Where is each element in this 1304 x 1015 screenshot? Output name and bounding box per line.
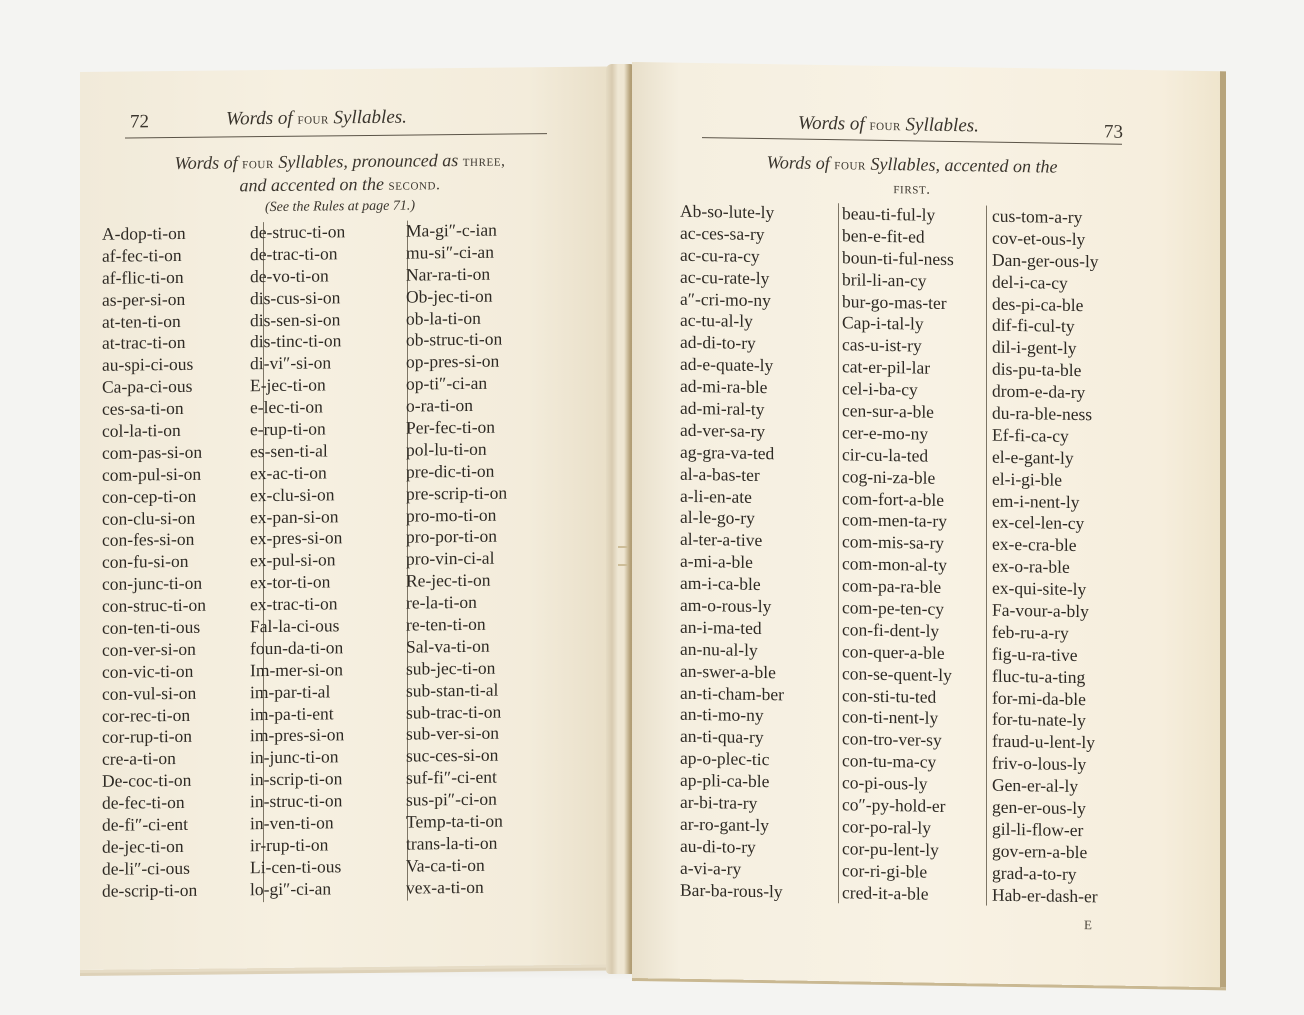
word-entry: de-vo-ti-on bbox=[250, 265, 345, 288]
left-running-head: Words of four Syllables. bbox=[226, 107, 407, 131]
word-entry: al-le-go-ry bbox=[680, 507, 784, 531]
word-entry: op-ti″-ci-an bbox=[406, 373, 507, 396]
right-word-column-1: Ab-so-lute-lyac-ces-sa-ryac-cu-ra-cyac-c… bbox=[680, 201, 784, 903]
word-entry: cog-ni-za-ble bbox=[842, 466, 954, 490]
word-entry: con-vul-si-on bbox=[102, 682, 206, 705]
word-entry: in-ven-ti-on bbox=[250, 812, 345, 835]
word-entry: dil-i-gent-ly bbox=[992, 337, 1099, 361]
word-entry: af-flic-ti-on bbox=[102, 266, 206, 289]
word-entry: de-li″-ci-ous bbox=[102, 858, 206, 881]
word-entry: ex-pul-si-on bbox=[250, 550, 345, 573]
word-entry: Per-fec-ti-on bbox=[406, 417, 507, 440]
word-entry: o-ra-ti-on bbox=[406, 395, 507, 418]
word-entry: ap-pli-ca-ble bbox=[680, 770, 784, 794]
word-entry: cus-tom-a-ry bbox=[992, 206, 1099, 230]
word-entry: con-sti-tu-ted bbox=[842, 685, 954, 709]
word-entry: cer-e-mo-ny bbox=[842, 422, 954, 446]
word-entry: Cap-i-tal-ly bbox=[842, 313, 954, 337]
word-entry: cov-et-ous-ly bbox=[992, 228, 1099, 252]
word-entry: at-ten-ti-on bbox=[102, 310, 206, 333]
word-entry: ap-o-plec-tic bbox=[680, 748, 784, 772]
word-entry: co″-py-hold-er bbox=[842, 794, 954, 818]
word-entry: ad-e-quate-ly bbox=[680, 354, 784, 378]
word-entry: con-quer-a-ble bbox=[842, 641, 954, 665]
word-entry: dif-fi-cul-ty bbox=[992, 315, 1099, 339]
word-entry: an-ti-cham-ber bbox=[680, 682, 784, 706]
word-entry: Re-jec-ti-on bbox=[406, 570, 507, 593]
word-entry: de-struc-ti-on bbox=[250, 221, 345, 244]
word-entry: cor-pu-lent-ly bbox=[842, 838, 954, 862]
word-entry: gov-ern-a-ble bbox=[992, 840, 1099, 864]
word-entry: ad-mi-ra-ble bbox=[680, 376, 784, 400]
word-entry: com-fort-a-ble bbox=[842, 488, 954, 512]
word-entry: con-fu-si-on bbox=[102, 551, 206, 574]
word-entry: con-vic-ti-on bbox=[102, 660, 206, 683]
left-word-column-3: Ma-gi″-c-ianmu-si″-ci-anNar-ra-ti-onOb-j… bbox=[406, 220, 507, 900]
word-entry: au-di-to-ry bbox=[680, 836, 784, 860]
word-entry: friv-o-lous-ly bbox=[992, 753, 1099, 777]
word-entry: im-pres-si-on bbox=[250, 725, 345, 748]
spine-stitch bbox=[618, 564, 628, 566]
word-entry: ir-rup-ti-on bbox=[250, 834, 345, 857]
word-entry: cor-ri-gi-ble bbox=[842, 860, 954, 884]
word-entry: for-tu-nate-ly bbox=[992, 709, 1099, 733]
word-entry: con-clu-si-on bbox=[102, 507, 206, 530]
word-entry: gen-er-ous-ly bbox=[992, 797, 1099, 821]
header-rule bbox=[702, 137, 1122, 145]
word-entry: con-ten-ti-ous bbox=[102, 617, 206, 640]
word-entry: des-pi-ca-ble bbox=[992, 293, 1099, 317]
word-entry: ces-sa-ti-on bbox=[102, 398, 206, 421]
word-entry: De-coc-ti-on bbox=[102, 770, 206, 793]
word-entry: feb-ru-a-ry bbox=[992, 622, 1099, 646]
word-entry: cor-po-ral-ly bbox=[842, 816, 954, 840]
right-page-number: 73 bbox=[1104, 121, 1123, 143]
left-word-column-2: de-struc-ti-onde-trac-ti-onde-vo-ti-ondi… bbox=[250, 221, 345, 901]
word-entry: cred-it-a-ble bbox=[842, 882, 954, 906]
word-entry: sub-trac-ti-on bbox=[406, 701, 507, 724]
word-entry: cel-i-ba-cy bbox=[842, 378, 954, 402]
right-section-title: Words of four Syllables, accented on the… bbox=[692, 151, 1132, 204]
word-entry: im-pa-ti-ent bbox=[250, 703, 345, 726]
word-entry: a″-cri-mo-ny bbox=[680, 288, 784, 312]
word-entry: ex-qui-site-ly bbox=[992, 578, 1099, 602]
word-entry: sub-jec-ti-on bbox=[406, 657, 507, 680]
word-entry: ex-e-cra-ble bbox=[992, 534, 1099, 558]
word-entry: com-pas-si-on bbox=[102, 442, 206, 465]
word-entry: el-i-gi-ble bbox=[992, 468, 1099, 492]
word-entry: Ma-gi″-c-ian bbox=[406, 220, 507, 243]
rules-note: (See the Rules at page 71.) bbox=[120, 197, 560, 218]
word-entry: cen-sur-a-ble bbox=[842, 400, 954, 424]
word-entry: ex-ac-ti-on bbox=[250, 462, 345, 485]
word-entry: cas-u-ist-ry bbox=[842, 335, 954, 359]
word-entry: Temp-ta-ti-on bbox=[406, 811, 507, 834]
word-entry: de-fi″-ci-ent bbox=[102, 814, 206, 837]
word-entry: dis-cus-si-on bbox=[250, 287, 345, 310]
word-entry: Gen-er-al-ly bbox=[992, 775, 1099, 799]
word-entry: pol-lu-ti-on bbox=[406, 438, 507, 461]
word-entry: com-mis-sa-ry bbox=[842, 532, 954, 556]
word-entry: del-i-ca-cy bbox=[992, 271, 1099, 295]
right-word-column-3: cus-tom-a-rycov-et-ous-lyDan-ger-ous-lyd… bbox=[992, 206, 1099, 908]
word-entry: con-ti-nent-ly bbox=[842, 707, 954, 731]
word-entry: de-jec-ti-on bbox=[102, 836, 206, 859]
word-entry: ex-cel-len-cy bbox=[992, 512, 1099, 536]
word-entry: ac-cu-rate-ly bbox=[680, 266, 784, 290]
word-entry: e-rup-ti-on bbox=[250, 418, 345, 441]
word-entry: es-sen-ti-al bbox=[250, 440, 345, 463]
word-entry: cor-rec-ti-on bbox=[102, 704, 206, 727]
word-entry: Li-cen-ti-ous bbox=[250, 856, 345, 879]
word-entry: ex-o-ra-ble bbox=[992, 556, 1099, 580]
word-entry: Fa-vour-a-bly bbox=[992, 600, 1099, 624]
word-entry: an-swer-a-ble bbox=[680, 660, 784, 684]
word-entry: cir-cu-la-ted bbox=[842, 444, 954, 468]
word-entry: in-struc-ti-on bbox=[250, 790, 345, 813]
word-entry: an-ti-qua-ry bbox=[680, 726, 784, 750]
word-entry: pre-dic-ti-on bbox=[406, 460, 507, 483]
word-entry: de-scrip-ti-on bbox=[102, 879, 206, 902]
word-entry: du-ra-ble-ness bbox=[992, 403, 1099, 427]
word-entry: fraud-u-lent-ly bbox=[992, 731, 1099, 755]
left-word-column-1: A-dop-ti-onaf-fec-ti-onaf-flic-ti-onas-p… bbox=[102, 223, 206, 903]
word-entry: com-pul-si-on bbox=[102, 463, 206, 486]
word-entry: Fal-la-ci-ous bbox=[250, 615, 345, 638]
word-entry: in-junc-ti-on bbox=[250, 747, 345, 770]
word-entry: Bar-ba-rous-ly bbox=[680, 879, 784, 903]
word-entry: ex-tor-ti-on bbox=[250, 571, 345, 594]
word-entry: suf-fi″-ci-ent bbox=[406, 767, 507, 790]
word-entry: con-struc-ti-on bbox=[102, 595, 206, 618]
word-entry: am-o-rous-ly bbox=[680, 595, 784, 619]
word-entry: Ob-jec-ti-on bbox=[406, 285, 507, 308]
word-entry: co-pi-ous-ly bbox=[842, 772, 954, 796]
word-entry: cre-a-ti-on bbox=[102, 748, 206, 771]
word-entry: lo-gi″-ci-an bbox=[250, 878, 345, 901]
word-entry: beau-ti-ful-ly bbox=[842, 203, 954, 227]
word-entry: Ca-pa-ci-ous bbox=[102, 376, 206, 399]
word-entry: gil-li-flow-er bbox=[992, 819, 1099, 843]
word-entry: ob-la-ti-on bbox=[406, 307, 507, 330]
word-entry: Hab-er-dash-er bbox=[992, 884, 1099, 908]
word-entry: ad-ver-sa-ry bbox=[680, 420, 784, 444]
word-entry: Ab-so-lute-ly bbox=[680, 201, 784, 225]
word-entry: sub-ver-si-on bbox=[406, 723, 507, 746]
word-entry: drom-e-da-ry bbox=[992, 381, 1099, 405]
word-entry: Va-ca-ti-on bbox=[406, 854, 507, 877]
word-entry: suc-ces-si-on bbox=[406, 745, 507, 768]
word-entry: vex-a-ti-on bbox=[406, 876, 507, 899]
word-entry: con-tro-ver-sy bbox=[842, 729, 954, 753]
word-entry: de-trac-ti-on bbox=[250, 243, 345, 266]
left-page: 72 Words of four Syllables. Words of fou… bbox=[80, 66, 608, 970]
word-entry: al-ter-a-tive bbox=[680, 529, 784, 553]
word-entry: A-dop-ti-on bbox=[102, 223, 206, 246]
word-entry: com-pa-ra-ble bbox=[842, 575, 954, 599]
word-entry: Dan-ger-ous-ly bbox=[992, 249, 1099, 273]
word-entry: el-e-gant-ly bbox=[992, 446, 1099, 470]
word-entry: af-fec-ti-on bbox=[102, 245, 206, 268]
word-entry: sub-stan-ti-al bbox=[406, 679, 507, 702]
word-entry: con-se-quent-ly bbox=[842, 663, 954, 687]
word-entry: pro-vin-ci-al bbox=[406, 548, 507, 571]
word-entry: at-trac-ti-on bbox=[102, 332, 206, 355]
word-entry: ar-ro-gant-ly bbox=[680, 814, 784, 838]
right-running-head: Words of four Syllables. bbox=[798, 113, 979, 138]
word-entry: ad-mi-ral-ty bbox=[680, 398, 784, 422]
word-entry: col-la-ti-on bbox=[102, 420, 206, 443]
word-entry: au-spi-ci-ous bbox=[102, 354, 206, 377]
word-entry: ob-struc-ti-on bbox=[406, 329, 507, 352]
word-entry: a-mi-a-ble bbox=[680, 551, 784, 575]
word-entry: fluc-tu-a-ting bbox=[992, 665, 1099, 689]
column-divider bbox=[838, 203, 839, 903]
word-entry: an-ti-mo-ny bbox=[680, 704, 784, 728]
right-page: Words of four Syllables. 73 Words of fou… bbox=[632, 62, 1226, 987]
word-entry: bur-go-mas-ter bbox=[842, 291, 954, 315]
word-entry: em-i-nent-ly bbox=[992, 490, 1099, 514]
left-page-number: 72 bbox=[130, 111, 149, 133]
word-entry: in-scrip-ti-on bbox=[250, 768, 345, 791]
word-entry: con-tu-ma-cy bbox=[842, 751, 954, 775]
word-entry: com-mon-al-ty bbox=[842, 554, 954, 578]
word-entry: dis-tinc-ti-on bbox=[250, 331, 345, 354]
word-entry: ex-pres-si-on bbox=[250, 528, 345, 551]
word-entry: dis-pu-ta-ble bbox=[992, 359, 1099, 383]
word-entry: Ef-fi-ca-cy bbox=[992, 425, 1099, 449]
word-entry: pre-scrip-ti-on bbox=[406, 482, 507, 505]
word-entry: im-par-ti-al bbox=[250, 681, 345, 704]
word-entry: Sal-va-ti-on bbox=[406, 635, 507, 658]
word-entry: ar-bi-tra-ry bbox=[680, 792, 784, 816]
word-entry: an-nu-al-ly bbox=[680, 639, 784, 663]
word-entry: re-ten-ti-on bbox=[406, 614, 507, 637]
word-entry: bril-li-an-cy bbox=[842, 269, 954, 293]
word-entry: foun-da-ti-on bbox=[250, 637, 345, 660]
signature-mark: E bbox=[1084, 917, 1092, 933]
word-entry: sus-pi″-ci-on bbox=[406, 789, 507, 812]
word-entry: trans-la-ti-on bbox=[406, 832, 507, 855]
word-entry: an-i-ma-ted bbox=[680, 617, 784, 641]
column-divider bbox=[986, 206, 987, 906]
word-entry: con-ver-si-on bbox=[102, 639, 206, 662]
word-entry: dis-sen-si-on bbox=[250, 309, 345, 332]
word-entry: pro-mo-ti-on bbox=[406, 504, 507, 527]
word-entry: boun-ti-ful-ness bbox=[842, 247, 954, 271]
word-entry: ac-cu-ra-cy bbox=[680, 245, 784, 269]
word-entry: am-i-ca-ble bbox=[680, 573, 784, 597]
word-entry: ben-e-fit-ed bbox=[842, 225, 954, 249]
word-entry: com-men-ta-ry bbox=[842, 510, 954, 534]
word-entry: for-mi-da-ble bbox=[992, 687, 1099, 711]
word-entry: pro-por-ti-on bbox=[406, 526, 507, 549]
word-entry: con-junc-ti-on bbox=[102, 573, 206, 596]
word-entry: ac-ces-sa-ry bbox=[680, 223, 784, 247]
word-entry: Nar-ra-ti-on bbox=[406, 263, 507, 286]
spine-stitch bbox=[618, 546, 628, 548]
word-entry: ag-gra-va-ted bbox=[680, 442, 784, 466]
word-entry: com-pe-ten-cy bbox=[842, 597, 954, 621]
right-word-column-2: beau-ti-ful-lyben-e-fit-edboun-ti-ful-ne… bbox=[842, 203, 954, 905]
word-entry: di-vi″-si-on bbox=[250, 353, 345, 376]
word-entry: con-fes-si-on bbox=[102, 529, 206, 552]
word-entry: E-jec-ti-on bbox=[250, 374, 345, 397]
word-entry: fig-u-ra-tive bbox=[992, 643, 1099, 667]
word-entry: as-per-si-on bbox=[102, 288, 206, 311]
word-entry: con-fi-dent-ly bbox=[842, 619, 954, 643]
word-entry: mu-si″-ci-an bbox=[406, 241, 507, 264]
word-entry: de-fec-ti-on bbox=[102, 792, 206, 815]
word-entry: re-la-ti-on bbox=[406, 592, 507, 615]
word-entry: grad-a-to-ry bbox=[992, 862, 1099, 886]
word-entry: ex-pan-si-on bbox=[250, 506, 345, 529]
word-entry: con-cep-ti-on bbox=[102, 485, 206, 508]
word-entry: Im-mer-si-on bbox=[250, 659, 345, 682]
word-entry: ex-trac-ti-on bbox=[250, 593, 345, 616]
word-entry: e-lec-ti-on bbox=[250, 396, 345, 419]
left-section-title: Words of four Syllables, pronounced as t… bbox=[120, 149, 560, 200]
word-entry: ac-tu-al-ly bbox=[680, 310, 784, 334]
word-entry: al-a-bas-ter bbox=[680, 463, 784, 487]
word-entry: a-li-en-ate bbox=[680, 485, 784, 509]
word-entry: cat-er-pil-lar bbox=[842, 357, 954, 381]
word-entry: a-vi-a-ry bbox=[680, 857, 784, 881]
word-entry: cor-rup-ti-on bbox=[102, 726, 206, 749]
word-entry: ad-di-to-ry bbox=[680, 332, 784, 356]
word-entry: ex-clu-si-on bbox=[250, 484, 345, 507]
word-entry: op-pres-si-on bbox=[406, 351, 507, 374]
header-rule bbox=[125, 133, 547, 138]
